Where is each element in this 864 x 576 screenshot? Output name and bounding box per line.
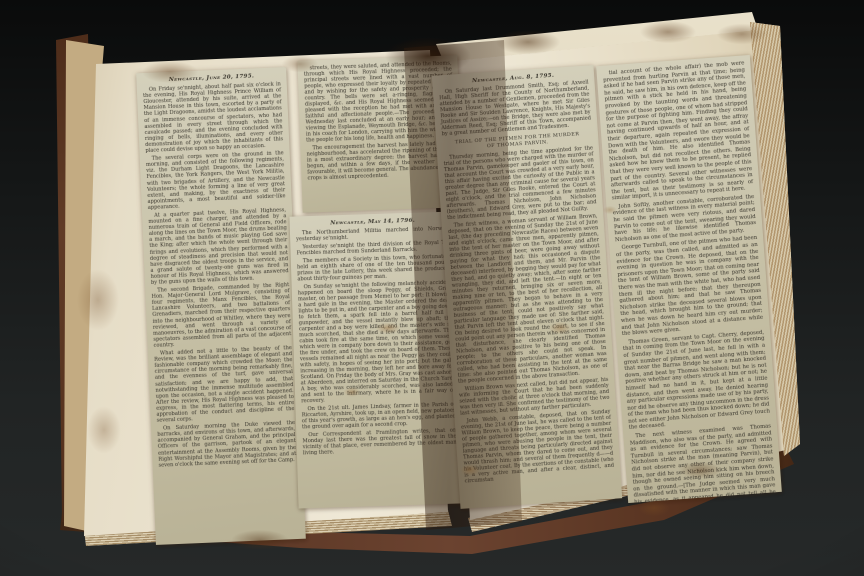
newspaper-clipping-middle-main: Newcastle, May 14, 1796. The Northumberl… — [289, 211, 464, 508]
clipping-paragraph: The first witness, a woman servant of Wi… — [448, 213, 608, 385]
newspaper-clipping-trial-part-2: tial account of the whole affair) the mo… — [596, 55, 782, 503]
clipping-paragraph: The encouragement the harvest has lately… — [306, 140, 455, 181]
clipping-paragraph: The second Brigade, commanded by the Rig… — [151, 282, 291, 349]
clipping-paragraph: On Friday se'nnight, about half past six… — [143, 81, 284, 154]
clipping-paragraph: What added not a little to the beauty of… — [154, 345, 295, 424]
clipping-paragraph: On Saturday morning the Duke viewed the … — [157, 420, 297, 468]
clipping-paragraph: The several corps were on the ground in … — [146, 150, 286, 211]
clipping-paragraph: The members of a Society in this town, w… — [297, 254, 452, 283]
clipping-paragraph: At a quarter past twelve, His Royal High… — [148, 207, 289, 286]
clipping-paragraph: tial account of the whole affair) the mo… — [603, 60, 754, 202]
clipping-paragraph: streets, they were saluted, and attended… — [304, 60, 455, 143]
newspaper-clipping-left-column: Newcastle, June 20, 1795. On Friday se'n… — [136, 67, 306, 545]
clipping-paragraph: George Turnbull, one of the pitmen who h… — [615, 235, 763, 337]
clipping-paragraph: On the 21st ult. James Lindsay, farmer i… — [301, 402, 456, 431]
newspaper-clipping-trial-part-1: Newcastle, Aug. 8, 1795. On Saturday las… — [432, 65, 622, 509]
clipping-paragraph: On Sunday se'nnight the following melanc… — [298, 280, 456, 405]
clipping-paragraph: Thursday morning, being the time appoint… — [443, 145, 597, 221]
clipping-paragraph: On Saturday last Drummond Smith, Esq; of… — [439, 79, 592, 137]
clipping-paragraph: Our Correspondent at Framlington writes,… — [302, 428, 457, 457]
photograph-of-open-scrapbook: Newcastle, June 20, 1795. On Friday se'n… — [0, 0, 864, 576]
clipping-paragraph: Thomas Green, servant to Capt. Cherry, d… — [622, 329, 770, 431]
clipping-paragraph: John Webb, a constable, deposed, that on… — [461, 409, 615, 485]
clipping-paragraph: The next witness examined was Thomas Mad… — [629, 423, 778, 503]
